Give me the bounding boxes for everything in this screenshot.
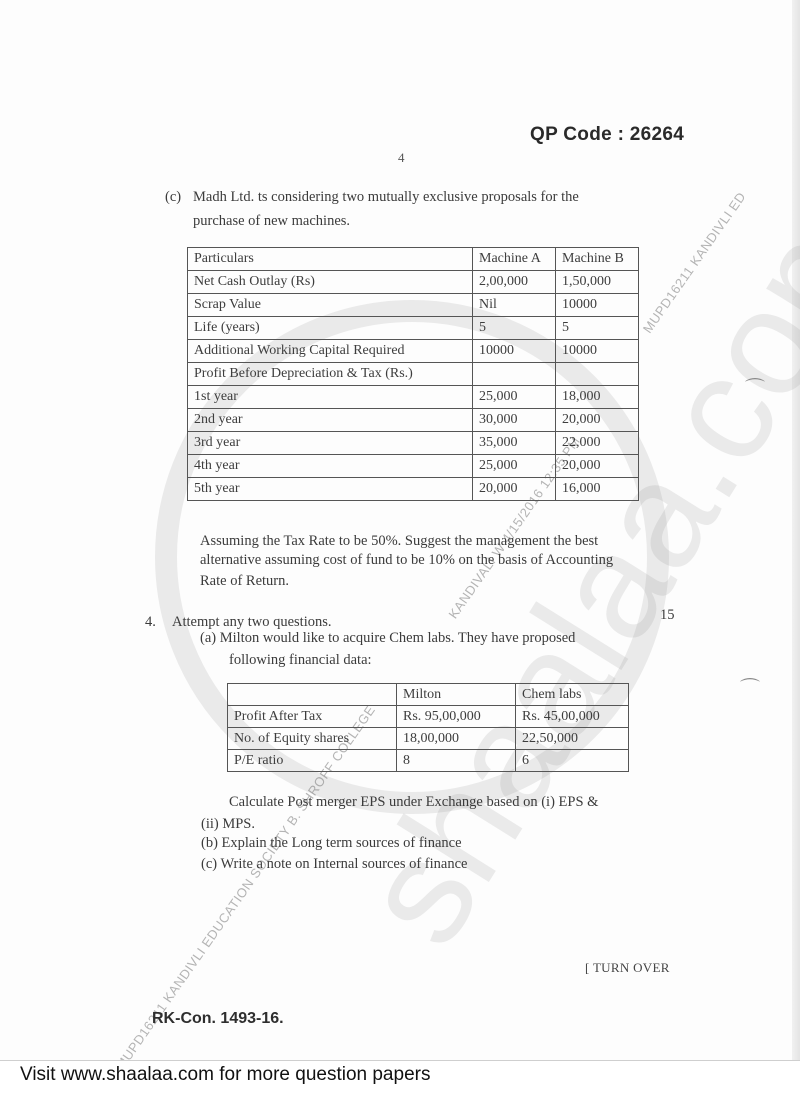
table-cell: 10000 <box>473 340 556 363</box>
question-label: (c) <box>165 189 181 206</box>
question-text: (c) Write a note on Internal sources of … <box>201 856 467 873</box>
table-header-cell: Chem labs <box>516 684 629 706</box>
table-header-cell <box>228 684 397 706</box>
table-cell: 25,000 <box>473 386 556 409</box>
table-cell: 22,50,000 <box>516 728 629 750</box>
qp-code: QP Code : 26264 <box>530 124 684 146</box>
table-cell: Scrap Value <box>188 294 473 317</box>
table-header-cell: Machine B <box>556 248 639 271</box>
table-row: Profit After TaxRs. 95,00,000Rs. 45,00,0… <box>228 706 629 728</box>
table-cell: Profit Before Depreciation & Tax (Rs.) <box>188 363 473 386</box>
table-row: 1st year25,00018,000 <box>188 386 639 409</box>
question-text: following financial data: <box>229 652 372 669</box>
footer-link[interactable]: Visit www.shaalaa.com for more question … <box>20 1064 430 1086</box>
table-cell: 1,50,000 <box>556 271 639 294</box>
table-cell: 30,000 <box>473 409 556 432</box>
table-cell: 1st year <box>188 386 473 409</box>
table-cell: 18,000 <box>556 386 639 409</box>
table-cell: 3rd year <box>188 432 473 455</box>
table-header-row: MiltonChem labs <box>228 684 629 706</box>
table-cell <box>473 363 556 386</box>
table-row: 3rd year35,00022,000 <box>188 432 639 455</box>
table-cell: Life (years) <box>188 317 473 340</box>
table-cell: 6 <box>516 750 629 772</box>
table-cell: 5th year <box>188 478 473 501</box>
table-row: No. of Equity shares18,00,00022,50,000 <box>228 728 629 750</box>
table-cell: 35,000 <box>473 432 556 455</box>
question-number: 4. <box>145 614 156 631</box>
table-cell: 20,000 <box>556 409 639 432</box>
table-cell: Profit After Tax <box>228 706 397 728</box>
question-text: purchase of new machines. <box>193 213 350 230</box>
scan-mark: ⌒ <box>740 672 760 701</box>
table-row: Net Cash Outlay (Rs)2,00,0001,50,000 <box>188 271 639 294</box>
table-cell: 22,000 <box>556 432 639 455</box>
question-text: Calculate Post merger EPS under Exchange… <box>229 794 598 811</box>
question-text: Rate of Return. <box>200 573 289 590</box>
table-row: Scrap ValueNil10000 <box>188 294 639 317</box>
table-cell: 16,000 <box>556 478 639 501</box>
table-cell: Rs. 45,00,000 <box>516 706 629 728</box>
question-text: (a) Milton would like to acquire Chem la… <box>200 630 575 647</box>
table-row: 4th year25,00020,000 <box>188 455 639 478</box>
question-text: (b) Explain the Long term sources of fin… <box>201 835 462 852</box>
table-cell: 10000 <box>556 294 639 317</box>
table-header-cell: Particulars <box>188 248 473 271</box>
table-cell <box>556 363 639 386</box>
turn-over-note: [ TURN OVER <box>585 960 670 976</box>
table-row: P/E ratio86 <box>228 750 629 772</box>
machines-table: ParticularsMachine AMachine BNet Cash Ou… <box>187 247 639 501</box>
table-cell: 18,00,000 <box>397 728 516 750</box>
table-row: 5th year20,00016,000 <box>188 478 639 501</box>
table-row: 2nd year30,00020,000 <box>188 409 639 432</box>
paper-reference: RK-Con. 1493-16. <box>152 1010 284 1028</box>
page-number: 4 <box>398 150 405 166</box>
table-row: Life (years)55 <box>188 317 639 340</box>
table-cell: 4th year <box>188 455 473 478</box>
table-cell: P/E ratio <box>228 750 397 772</box>
question-text: alternative assuming cost of fund to be … <box>200 552 613 569</box>
table-cell: 5 <box>473 317 556 340</box>
question-instruction: Attempt any two questions. <box>172 614 332 631</box>
table-cell: 10000 <box>556 340 639 363</box>
table-cell: 20,000 <box>473 478 556 501</box>
table-cell: 2,00,000 <box>473 271 556 294</box>
question-text: Assuming the Tax Rate to be 50%. Suggest… <box>200 533 598 550</box>
merger-data-table: MiltonChem labsProfit After TaxRs. 95,00… <box>227 683 629 772</box>
table-cell: Net Cash Outlay (Rs) <box>188 271 473 294</box>
table-header-cell: Milton <box>397 684 516 706</box>
page-edge-shadow <box>792 0 800 1060</box>
question-marks: 15 <box>660 607 675 624</box>
table-cell: 5 <box>556 317 639 340</box>
table-cell: Rs. 95,00,000 <box>397 706 516 728</box>
table-cell: 20,000 <box>556 455 639 478</box>
table-cell: Additional Working Capital Required <box>188 340 473 363</box>
table-cell: Nil <box>473 294 556 317</box>
table-cell: No. of Equity shares <box>228 728 397 750</box>
table-row: Additional Working Capital Required10000… <box>188 340 639 363</box>
table-cell: 8 <box>397 750 516 772</box>
question-text: Madh Ltd. ts considering two mutually ex… <box>193 189 579 206</box>
question-text: (ii) MPS. <box>201 816 255 833</box>
table-cell: 25,000 <box>473 455 556 478</box>
table-header-cell: Machine A <box>473 248 556 271</box>
table-row: Profit Before Depreciation & Tax (Rs.) <box>188 363 639 386</box>
table-header-row: ParticularsMachine AMachine B <box>188 248 639 271</box>
table-cell: 2nd year <box>188 409 473 432</box>
scan-mark: ⌒ <box>745 372 765 401</box>
